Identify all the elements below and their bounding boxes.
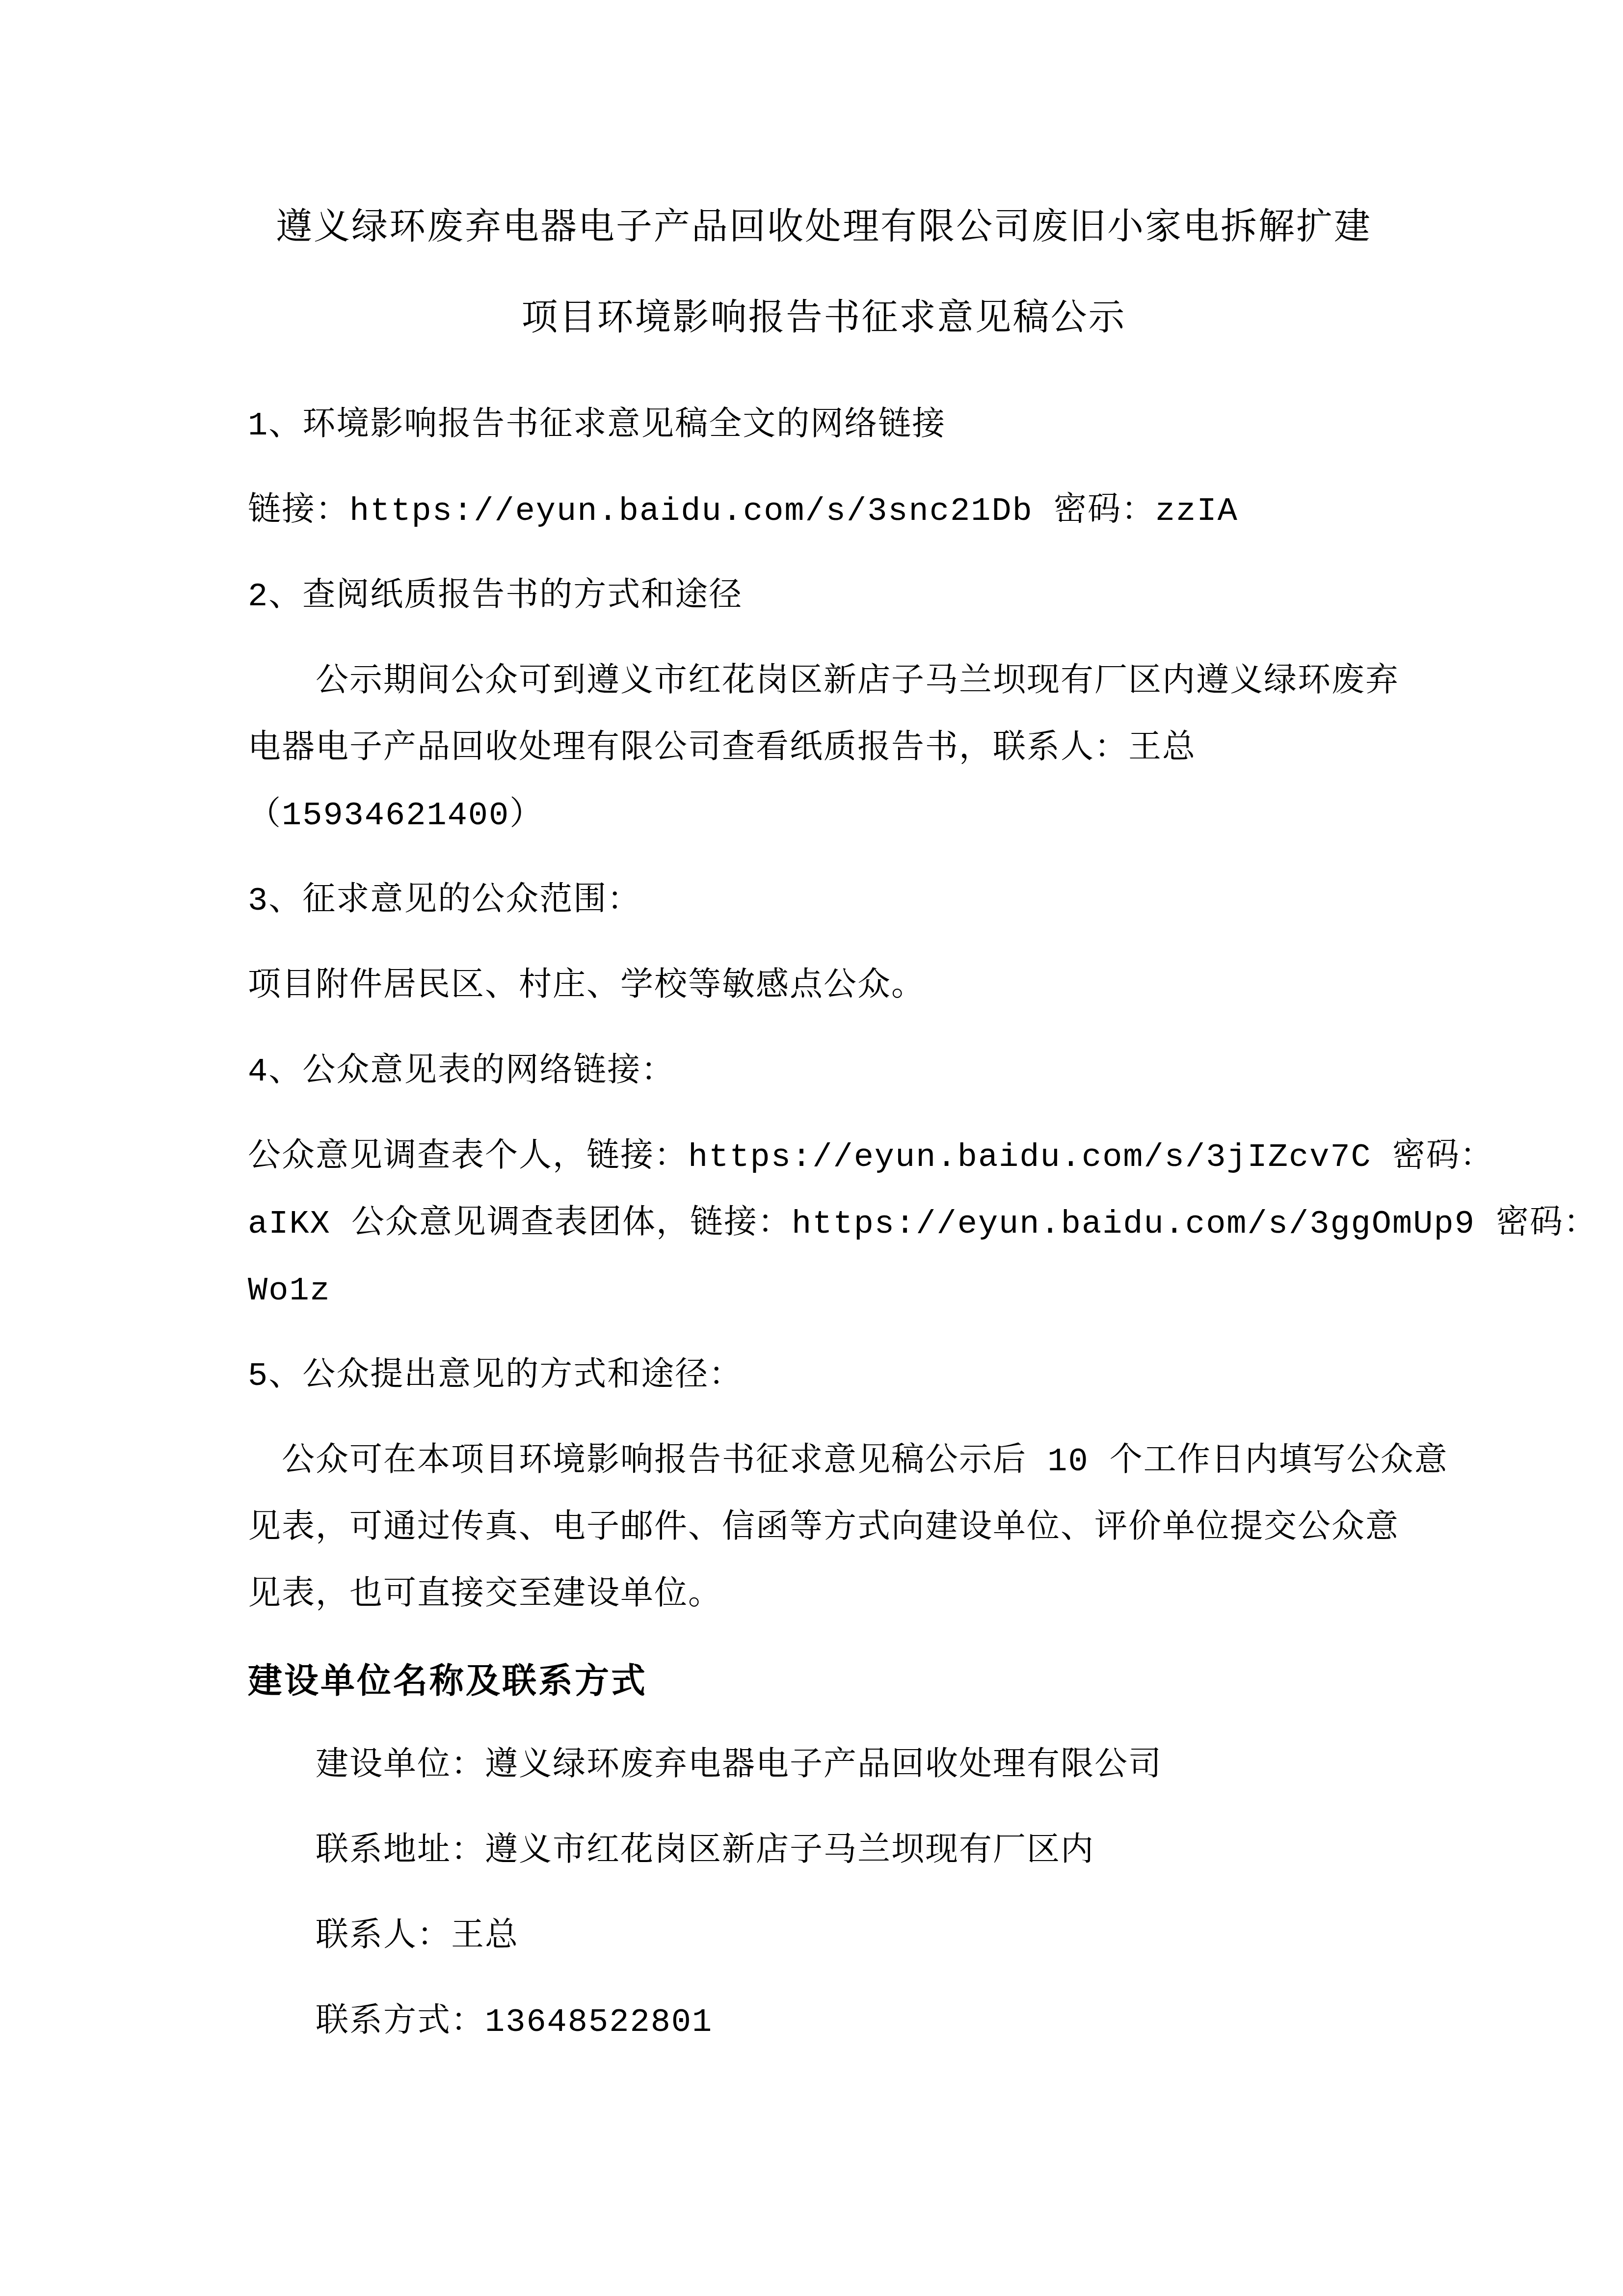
section-4-heading-para: 4、公众意见表的网络链接： bbox=[248, 1039, 1400, 1106]
section-2-heading-para: 2、查阅纸质报告书的方式和途径 bbox=[248, 564, 1400, 630]
section-2-body: 公示期间公众可到遵义市红花岗区新店子马兰坝现有厂区内遵义绿环废弃 电器电子产品回… bbox=[248, 649, 1400, 849]
section-2-line-2: 电器电子产品回收处理有限公司查看纸质报告书，联系人：王总 bbox=[248, 716, 1400, 783]
contact-address-para: 联系地址：遵义市红花岗区新店子马兰坝现有厂区内 bbox=[248, 1818, 1400, 1885]
section-1-body: 链接：https://eyun.baidu.com/s/3snc21Db 密码：… bbox=[248, 478, 1400, 545]
section-5-heading-para: 5、公众提出意见的方式和途径： bbox=[248, 1343, 1400, 1410]
contact-company-para: 建设单位：遵义绿环废弃电器电子产品回收处理有限公司 bbox=[248, 1733, 1400, 1800]
section-5-line-1: 公众可在本项目环境影响报告书征求意见稿公示后 10 个工作日内填写公众意 bbox=[248, 1429, 1400, 1495]
section-3-line-1: 项目附件居民区、村庄、学校等敏感点公众。 bbox=[248, 953, 1400, 1020]
contact-person-para: 联系人：王总 bbox=[248, 1904, 1400, 1971]
section-5-line-2: 见表，可通过传真、电子邮件、信函等方式向建设单位、评价单位提交公众意 bbox=[248, 1495, 1400, 1562]
contact-company-line: 建设单位：遵义绿环废弃电器电子产品回收处理有限公司 bbox=[248, 1733, 1400, 1800]
section-1-heading-para: 1、环境影响报告书征求意见稿全文的网络链接 bbox=[248, 393, 1400, 459]
contact-heading-para: 建设单位名称及联系方式 bbox=[248, 1648, 1400, 1714]
section-1-link-line: 链接：https://eyun.baidu.com/s/3snc21Db 密码：… bbox=[248, 478, 1400, 545]
document-title-line-2: 项目环境影响报告书征求意见稿公示 bbox=[248, 275, 1400, 366]
section-3-heading: 3、征求意见的公众范围： bbox=[248, 868, 1400, 935]
section-2-line-3: （15934621400） bbox=[248, 783, 1400, 849]
section-2-line-1: 公示期间公众可到遵义市红花岗区新店子马兰坝现有厂区内遵义绿环废弃 bbox=[248, 649, 1400, 716]
contact-heading: 建设单位名称及联系方式 bbox=[248, 1648, 1400, 1714]
contact-person-line: 联系人：王总 bbox=[248, 1904, 1400, 1971]
contact-phone-para: 联系方式：13648522801 bbox=[248, 1989, 1400, 2056]
document-title-line-1: 遵义绿环废弃电器电子产品回收处理有限公司废旧小家电拆解扩建 bbox=[248, 184, 1400, 275]
section-3-heading-para: 3、征求意见的公众范围： bbox=[248, 868, 1400, 935]
document-title: 遵义绿环废弃电器电子产品回收处理有限公司废旧小家电拆解扩建 项目环境影响报告书征… bbox=[248, 184, 1400, 366]
section-5-line-3: 见表，也可直接交至建设单位。 bbox=[248, 1562, 1400, 1629]
section-4-line-3: Wo1z bbox=[248, 1258, 1400, 1324]
contact-phone-line: 联系方式：13648522801 bbox=[248, 1989, 1400, 2056]
section-1-heading: 1、环境影响报告书征求意见稿全文的网络链接 bbox=[248, 393, 1400, 459]
contact-address-line: 联系地址：遵义市红花岗区新店子马兰坝现有厂区内 bbox=[248, 1818, 1400, 1885]
section-4-heading: 4、公众意见表的网络链接： bbox=[248, 1039, 1400, 1106]
document-page: 遵义绿环废弃电器电子产品回收处理有限公司废旧小家电拆解扩建 项目环境影响报告书征… bbox=[0, 0, 1623, 2296]
section-5-body: 公众可在本项目环境影响报告书征求意见稿公示后 10 个工作日内填写公众意 见表，… bbox=[248, 1429, 1400, 1629]
section-5-heading: 5、公众提出意见的方式和途径： bbox=[248, 1343, 1400, 1410]
section-4-line-2: aIKX 公众意见调查表团体，链接：https://eyun.baidu.com… bbox=[248, 1191, 1400, 1258]
section-4-line-1: 公众意见调查表个人，链接：https://eyun.baidu.com/s/3j… bbox=[248, 1124, 1400, 1191]
section-4-body: 公众意见调查表个人，链接：https://eyun.baidu.com/s/3j… bbox=[248, 1124, 1400, 1324]
section-2-heading: 2、查阅纸质报告书的方式和途径 bbox=[248, 564, 1400, 630]
section-3-body: 项目附件居民区、村庄、学校等敏感点公众。 bbox=[248, 953, 1400, 1020]
